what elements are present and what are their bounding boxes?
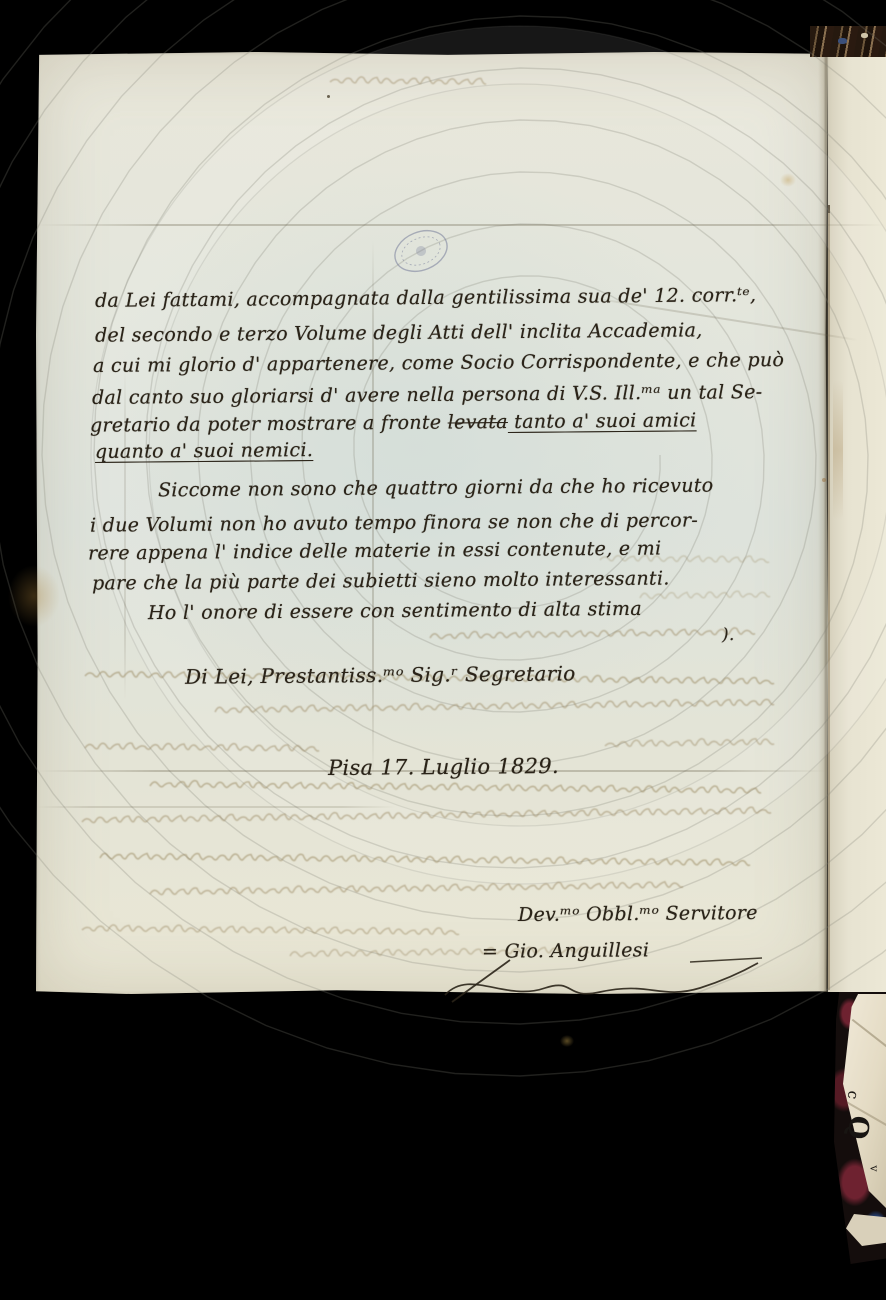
fold-crease-horizontal <box>36 806 396 808</box>
letter-dateline: Pisa 17. Luglio 1829. <box>328 754 559 780</box>
underlined-phrase: quanto a' suoi nemici. <box>95 439 313 463</box>
inner-sheet-edge-line <box>828 205 830 990</box>
foxing-spot <box>822 478 826 482</box>
foxing-spot <box>780 173 796 187</box>
headband-blue-fleck <box>838 38 847 44</box>
facing-page-edge <box>828 52 886 992</box>
letter-closing: Di Lei, Prestantiss.ᵐᵒ Sig.ʳ Segretario <box>185 661 576 688</box>
letter-line-segment: gretario da poter mostrare a fronte <box>90 412 448 437</box>
headband-white-fleck <box>861 33 868 38</box>
spine-label-letter: v <box>868 1165 881 1171</box>
foxing-streak <box>833 380 843 520</box>
foxing-spot <box>8 565 60 627</box>
struck-word: levata <box>448 411 508 434</box>
underlined-phrase: tanto a' suoi amici <box>508 409 697 433</box>
photo-backdrop: c Q v da Lei fattami, accompagnata dalla… <box>0 0 886 1300</box>
letter-line: Ho l' onore di essere con sentimento di … <box>148 598 642 624</box>
fold-crease-horizontal <box>36 224 886 226</box>
fold-crease-vertical <box>372 240 374 780</box>
label-crease <box>852 1019 886 1051</box>
foxing-spot <box>560 1035 574 1047</box>
binding-headband <box>810 26 886 57</box>
signature-name: = Gio. Anguillesi <box>482 939 649 962</box>
signature-title: Dev.ᵐᵒ Obbl.ᵐᵒ Servitore <box>518 902 758 926</box>
oval-ink-stamp <box>386 222 456 280</box>
ink-speck <box>327 95 330 98</box>
paren-mark: ). <box>722 625 735 645</box>
spine-label-letter: Q <box>841 1114 874 1140</box>
